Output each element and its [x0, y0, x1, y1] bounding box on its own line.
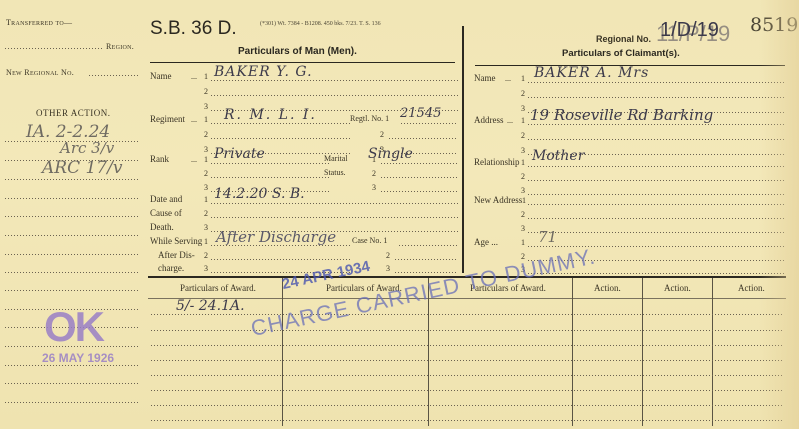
section-divider — [462, 26, 464, 273]
regiment-line-2 — [210, 138, 350, 139]
line-number: 3 — [204, 145, 208, 154]
rank-line-2 — [210, 177, 330, 178]
awards-row-line — [150, 375, 784, 376]
man-name-line-2 — [210, 95, 458, 96]
claimant-name-line-1 — [527, 82, 785, 83]
address-line-2 — [527, 139, 785, 140]
new-regional-no-line — [88, 75, 138, 76]
regional-no-label: Regional No. — [596, 34, 651, 44]
other-action-line — [4, 290, 138, 291]
line-number: 2 — [204, 209, 208, 218]
regiment-value: R. M. L. I. — [224, 107, 317, 123]
case-no-line-1 — [398, 245, 458, 246]
address-label: Address — [474, 115, 504, 125]
age-value: 71 — [538, 228, 557, 246]
line-number: 2 — [204, 169, 208, 178]
awards-row-line — [150, 420, 784, 421]
case-no-label: Case No. 1 — [352, 236, 387, 245]
other-action-line — [4, 216, 138, 217]
line-number: 1 — [521, 116, 525, 125]
new-address-line-3 — [527, 232, 785, 233]
relationship-label: Relationship — [474, 157, 520, 167]
line-number: 3 — [386, 264, 390, 273]
man-name-value: BAKER Y. G. — [214, 64, 313, 80]
man-heading-rule — [150, 62, 455, 63]
marital-line-2 — [380, 177, 458, 178]
marital-line-3 — [380, 191, 458, 192]
regtl-no-line-2 — [388, 138, 458, 139]
age-line-1 — [527, 246, 785, 247]
line-number: 3 — [521, 186, 525, 195]
awards-col-divider — [712, 278, 713, 426]
date-cause-line-2 — [210, 217, 458, 218]
line-number: 2 — [521, 89, 525, 98]
line-number: 3 — [204, 223, 208, 232]
new-regional-no-label: New Regional No. — [6, 68, 74, 77]
other-action-line — [4, 235, 138, 236]
card-serial-number: 8519 — [750, 14, 798, 36]
date-cause-label-2: Cause of — [150, 208, 182, 218]
claimant-name-line-2 — [527, 97, 785, 98]
while-serving-value: After Discharge — [216, 228, 336, 246]
region-label: Region. — [106, 42, 134, 51]
relationship-line-1 — [527, 166, 785, 167]
line-number: 1 — [204, 195, 208, 204]
ok-stamp: OK — [44, 303, 103, 351]
marital-label: Marital — [324, 154, 348, 163]
rank-line-1 — [210, 163, 330, 164]
date-cause-line-1 — [210, 203, 458, 204]
regtl-no-value: 21545 — [400, 106, 441, 121]
claimant-section-heading: Particulars of Claimant(s). — [562, 48, 680, 59]
line-number: 2 — [386, 251, 390, 260]
other-action-line — [4, 272, 138, 273]
line-number: 2 — [204, 130, 208, 139]
awards-col-divider — [642, 278, 643, 426]
line-number: 2 — [380, 130, 384, 139]
regtl-no-label: Regtl. No. 1 — [350, 114, 389, 123]
line-number: 2 — [521, 172, 525, 181]
awards-row-line — [150, 405, 784, 406]
awards-row-line — [150, 330, 784, 331]
awards-col-header-6: Action. — [738, 283, 765, 293]
man-name-label: Name — [150, 71, 172, 81]
line-number: 1 — [204, 115, 208, 124]
line-number: 3 — [521, 146, 525, 155]
awards-col-divider — [572, 278, 573, 426]
new-address-line-1 — [527, 204, 785, 205]
other-action-line — [4, 402, 138, 403]
awards-row-line — [150, 345, 784, 346]
status-label: Status. — [324, 168, 346, 177]
other-action-line — [4, 179, 138, 180]
new-address-line-2 — [527, 218, 785, 219]
line-number: 1 — [204, 155, 208, 164]
regional-no-value: 1/D/19 — [660, 19, 719, 42]
line-number: 1 — [204, 237, 208, 246]
awards-col-divider — [282, 278, 283, 426]
date-cause-label-1: Date and — [150, 194, 182, 204]
awards-row-line — [150, 390, 784, 391]
man-section-heading: Particulars of Man (Men). — [238, 46, 357, 57]
line-number: 3 — [521, 224, 525, 233]
relationship-line-3 — [527, 194, 785, 195]
other-action-line — [4, 254, 138, 255]
awards-row-line — [150, 360, 784, 361]
award-entry-1: 5/- 24.1A. — [176, 298, 245, 314]
ok-stamp-date: 26 MAY 1926 — [42, 351, 114, 365]
form-code: S.B. 36 D. — [150, 18, 237, 40]
pension-record-card: Transferred to— Region. New Regional No.… — [0, 0, 799, 429]
region-line — [4, 48, 104, 49]
other-action-label: OTHER ACTION. — [36, 108, 111, 118]
other-action-line — [4, 365, 138, 366]
other-action-line — [4, 383, 138, 384]
other-action-line — [4, 160, 138, 161]
marital-line-1 — [380, 163, 458, 164]
line-number: 2 — [204, 87, 208, 96]
line-number: 3 — [204, 102, 208, 111]
regiment-label: Regiment — [150, 114, 185, 124]
awards-col-header-1: Particulars of Award. — [180, 283, 256, 293]
leader-dots: ... — [505, 74, 511, 83]
while-serving-label-2: After Dis- — [158, 250, 195, 260]
line-number: 3 — [204, 264, 208, 273]
date-cause-label-3: Death. — [150, 222, 174, 232]
while-serving-line-2 — [210, 259, 350, 260]
other-action-line — [4, 141, 138, 142]
regtl-no-line-1 — [400, 123, 458, 124]
regiment-line-1 — [210, 123, 350, 124]
address-value: 19 Roseville Rd Barking — [530, 106, 713, 124]
case-no-line-3 — [394, 272, 458, 273]
while-serving-label-3: charge. — [158, 263, 184, 273]
other-action-note-3: ARC 17/v — [42, 158, 122, 178]
line-number: 3 — [372, 183, 376, 192]
man-name-line-1 — [210, 80, 458, 81]
age-label: Age ... — [474, 237, 498, 247]
awards-col-header-5: Action. — [664, 283, 691, 293]
line-number: 2 — [521, 210, 525, 219]
marital-value: Single — [368, 146, 413, 162]
line-number: 1 — [522, 196, 526, 205]
relationship-line-2 — [527, 180, 785, 181]
rank-value: Private — [214, 146, 265, 162]
line-number: 2 — [521, 131, 525, 140]
line-number: 1 — [521, 238, 525, 247]
line-number: 3 — [521, 104, 525, 113]
case-no-line-2 — [394, 259, 458, 260]
line-number: 3 — [204, 183, 208, 192]
rank-label: Rank — [150, 154, 169, 164]
claimant-name-label: Name — [474, 73, 496, 83]
line-number: 2 — [372, 169, 376, 178]
line-number: 2 — [204, 251, 208, 260]
relationship-value: Mother — [532, 148, 584, 164]
while-serving-label-1: While Serving — [150, 236, 202, 246]
other-action-line — [4, 198, 138, 199]
leader-dots: ... — [191, 72, 197, 81]
line-number: 1 — [204, 72, 208, 81]
line-number: 1 — [521, 74, 525, 83]
awards-row-line — [150, 314, 784, 315]
address-line-1 — [527, 124, 785, 125]
leader-dots: ... — [191, 115, 197, 124]
line-number: 1 — [521, 158, 525, 167]
new-address-label: New Address — [474, 195, 522, 205]
leader-dots: ... — [191, 155, 197, 164]
claimant-name-value: BAKER A. Mrs — [534, 65, 649, 81]
date-cause-value: 14.2.20 S. B. — [214, 186, 305, 202]
leader-dots: ... — [507, 116, 513, 125]
print-reference: (*301) Wt. 7384 - B1208. 450 bks. 7/23. … — [260, 21, 381, 27]
transferred-to-label: Transferred to— — [6, 18, 72, 27]
awards-col-header-4: Action. — [594, 283, 621, 293]
